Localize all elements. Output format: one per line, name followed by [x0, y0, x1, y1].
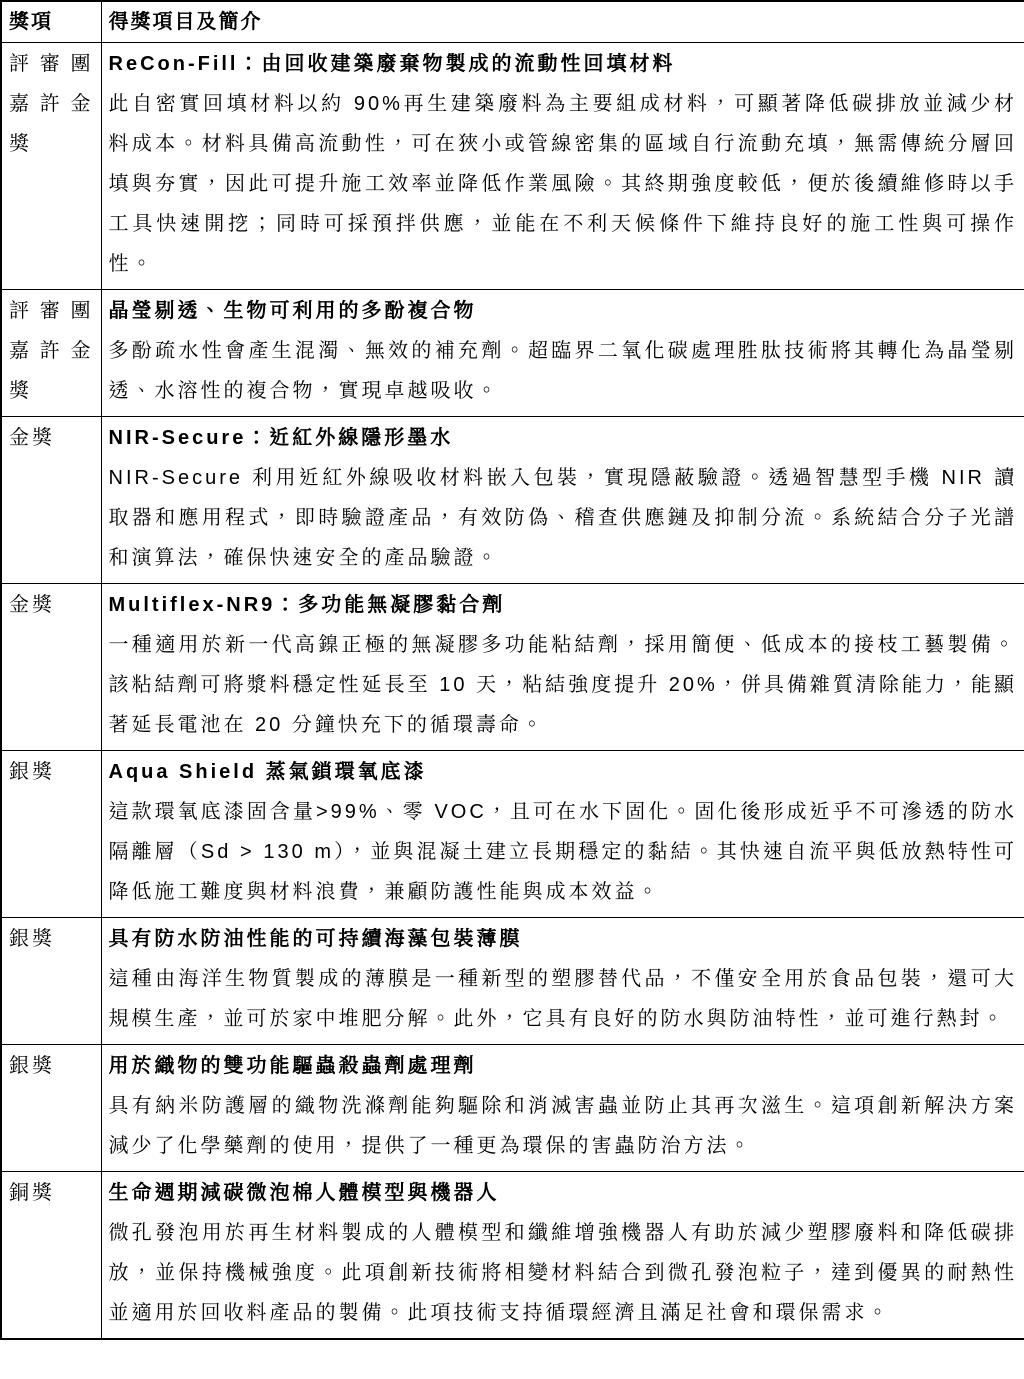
project-cell: 晶瑩剔透、生物可利用的多酚複合物 多酚疏水性會產生混濁、無效的補充劑。超臨界二氧… — [101, 290, 1024, 417]
project-title: 用於織物的雙功能驅蟲殺蟲劑處理劑 — [109, 1046, 1018, 1086]
award-cell: 評審團嘉許金獎 — [1, 43, 101, 290]
column-header-project: 得獎項目及簡介 — [101, 1, 1024, 43]
project-description: 具有納米防護層的織物洗滌劑能夠驅除和消滅害蟲並防止其再次滋生。這項創新解決方案減… — [109, 1086, 1018, 1166]
table-row: 評審團嘉許金獎 ReCon-Fill：由回收建築廢棄物製成的流動性回填材料 此自… — [1, 43, 1024, 290]
project-cell: 具有防水防油性能的可持續海藻包裝薄膜 這種由海洋生物質製成的薄膜是一種新型的塑膠… — [101, 918, 1024, 1045]
table-row: 銀獎 用於織物的雙功能驅蟲殺蟲劑處理劑 具有納米防護層的織物洗滌劑能夠驅除和消滅… — [1, 1045, 1024, 1172]
table-header-row: 獎項 得獎項目及簡介 — [1, 1, 1024, 43]
column-header-award: 獎項 — [1, 1, 101, 43]
project-title: 晶瑩剔透、生物可利用的多酚複合物 — [109, 291, 1018, 331]
project-cell: Multiflex-NR9：多功能無凝膠黏合劑 一種適用於新一代高鎳正極的無凝膠… — [101, 584, 1024, 751]
project-description: 此自密實回填材料以約 90%再生建築廢料為主要組成材料，可顯著降低碳排放並減少材… — [109, 84, 1018, 284]
project-title: 生命週期減碳微泡棉人體模型與機器人 — [109, 1173, 1018, 1213]
project-title: ReCon-Fill：由回收建築廢棄物製成的流動性回填材料 — [109, 44, 1018, 84]
project-title: 具有防水防油性能的可持續海藻包裝薄膜 — [109, 919, 1018, 959]
project-cell: ReCon-Fill：由回收建築廢棄物製成的流動性回填材料 此自密實回填材料以約… — [101, 43, 1024, 290]
table-row: 銀獎 Aqua Shield 蒸氣鎖環氧底漆 這款環氧底漆固含量>99%、零 V… — [1, 751, 1024, 918]
award-cell: 評審團嘉許金獎 — [1, 290, 101, 417]
project-title: Aqua Shield 蒸氣鎖環氧底漆 — [109, 752, 1018, 792]
awards-table: 獎項 得獎項目及簡介 評審團嘉許金獎 ReCon-Fill：由回收建築廢棄物製成… — [0, 0, 1024, 1340]
table-row: 銅獎 生命週期減碳微泡棉人體模型與機器人 微孔發泡用於再生材料製成的人體模型和纖… — [1, 1172, 1024, 1340]
project-description: 多酚疏水性會產生混濁、無效的補充劑。超臨界二氧化碳處理胜肽技術將其轉化為晶瑩剔透… — [109, 331, 1018, 411]
award-cell: 銀獎 — [1, 1045, 101, 1172]
award-cell: 金獎 — [1, 584, 101, 751]
project-description: 一種適用於新一代高鎳正極的無凝膠多功能粘結劑，採用簡便、低成本的接枝工藝製備。該… — [109, 625, 1018, 745]
award-cell: 銅獎 — [1, 1172, 101, 1340]
project-cell: NIR-Secure：近紅外線隱形墨水 NIR-Secure 利用近紅外線吸收材… — [101, 417, 1024, 584]
project-description: 微孔發泡用於再生材料製成的人體模型和纖維增強機器人有助於減少塑膠廢料和降低碳排放… — [109, 1213, 1018, 1333]
project-title: Multiflex-NR9：多功能無凝膠黏合劑 — [109, 585, 1018, 625]
project-description: 這種由海洋生物質製成的薄膜是一種新型的塑膠替代品，不僅安全用於食品包裝，還可大規… — [109, 959, 1018, 1039]
project-cell: 用於織物的雙功能驅蟲殺蟲劑處理劑 具有納米防護層的織物洗滌劑能夠驅除和消滅害蟲並… — [101, 1045, 1024, 1172]
award-cell: 金獎 — [1, 417, 101, 584]
project-cell: 生命週期減碳微泡棉人體模型與機器人 微孔發泡用於再生材料製成的人體模型和纖維增強… — [101, 1172, 1024, 1340]
project-description: NIR-Secure 利用近紅外線吸收材料嵌入包裝，實現隱蔽驗證。透過智慧型手機… — [109, 458, 1018, 578]
award-cell: 銀獎 — [1, 918, 101, 1045]
table-row: 評審團嘉許金獎 晶瑩剔透、生物可利用的多酚複合物 多酚疏水性會產生混濁、無效的補… — [1, 290, 1024, 417]
award-cell: 銀獎 — [1, 751, 101, 918]
project-title: NIR-Secure：近紅外線隱形墨水 — [109, 418, 1018, 458]
table-row: 銀獎 具有防水防油性能的可持續海藻包裝薄膜 這種由海洋生物質製成的薄膜是一種新型… — [1, 918, 1024, 1045]
project-description: 這款環氧底漆固含量>99%、零 VOC，且可在水下固化。固化後形成近乎不可滲透的… — [109, 792, 1018, 912]
table-row: 金獎 NIR-Secure：近紅外線隱形墨水 NIR-Secure 利用近紅外線… — [1, 417, 1024, 584]
table-row: 金獎 Multiflex-NR9：多功能無凝膠黏合劑 一種適用於新一代高鎳正極的… — [1, 584, 1024, 751]
project-cell: Aqua Shield 蒸氣鎖環氧底漆 這款環氧底漆固含量>99%、零 VOC，… — [101, 751, 1024, 918]
